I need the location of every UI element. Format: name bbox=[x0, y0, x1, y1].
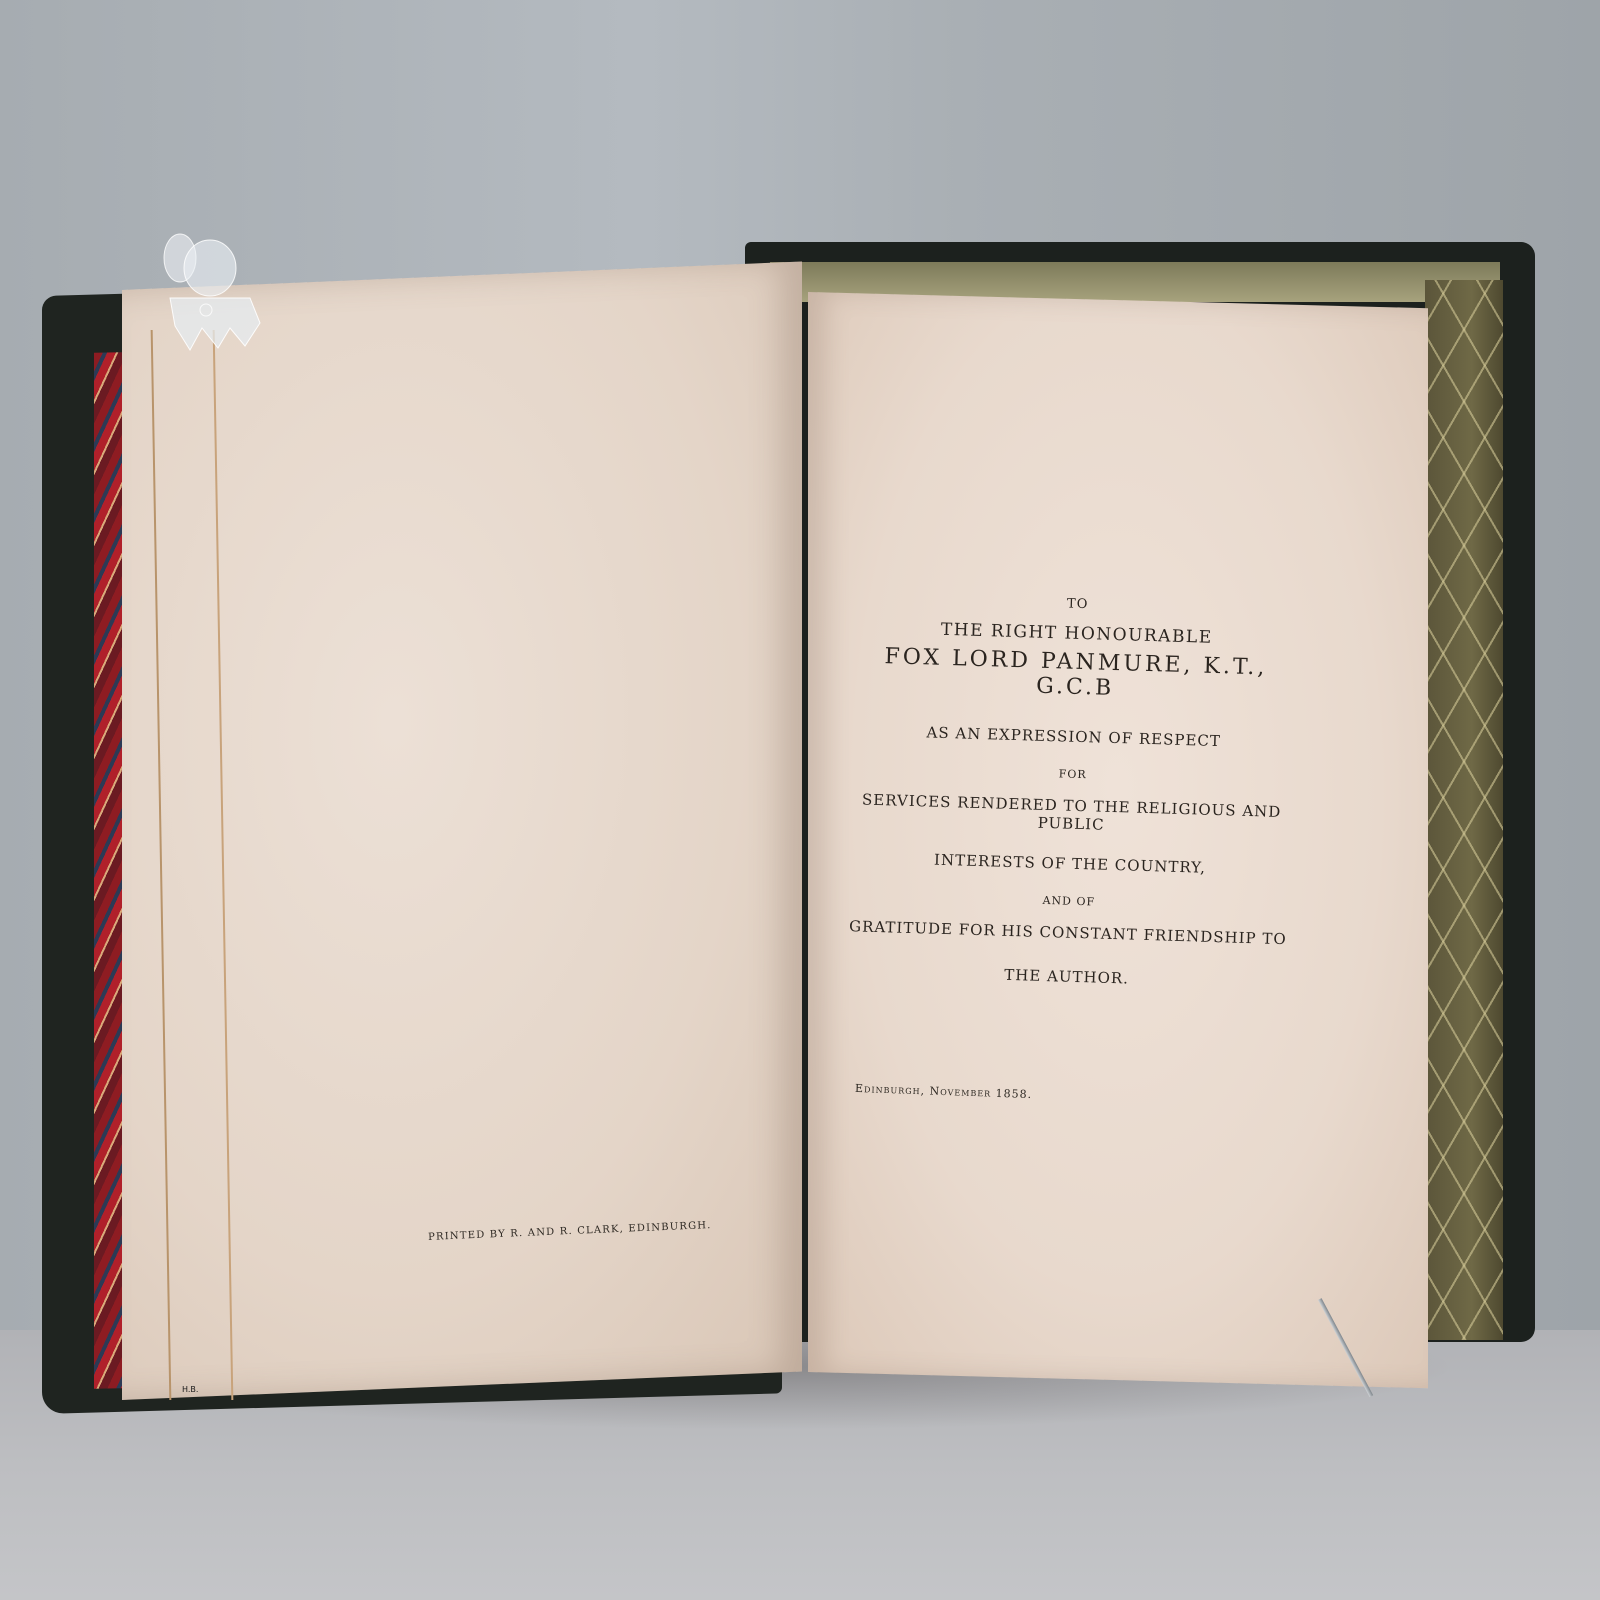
dedication-line: AS AN EXPRESSION OF RESPECT bbox=[844, 721, 1304, 753]
dedication-line: GRATITUDE FOR HIS CONSTANT FRIENDSHIP TO bbox=[838, 917, 1298, 949]
hb-label: H.B. bbox=[182, 1385, 198, 1394]
dedication-line: SERVICES RENDERED TO THE RELIGIOUS AND P… bbox=[841, 790, 1302, 840]
dedication-block: TO THE RIGHT HONOURABLE FOX LORD PANMURE… bbox=[836, 590, 1307, 992]
dedication-line: FOR bbox=[843, 761, 1303, 788]
gilt-fore-edge bbox=[1425, 280, 1503, 1340]
dedication-line: AND OF bbox=[839, 888, 1299, 915]
dedication-line: INTERESTS OF THE COUNTRY, bbox=[840, 848, 1300, 880]
dedicatee-name: FOX LORD PANMURE, K.T., G.C.B bbox=[845, 643, 1306, 707]
page-clip-icon bbox=[150, 228, 270, 358]
